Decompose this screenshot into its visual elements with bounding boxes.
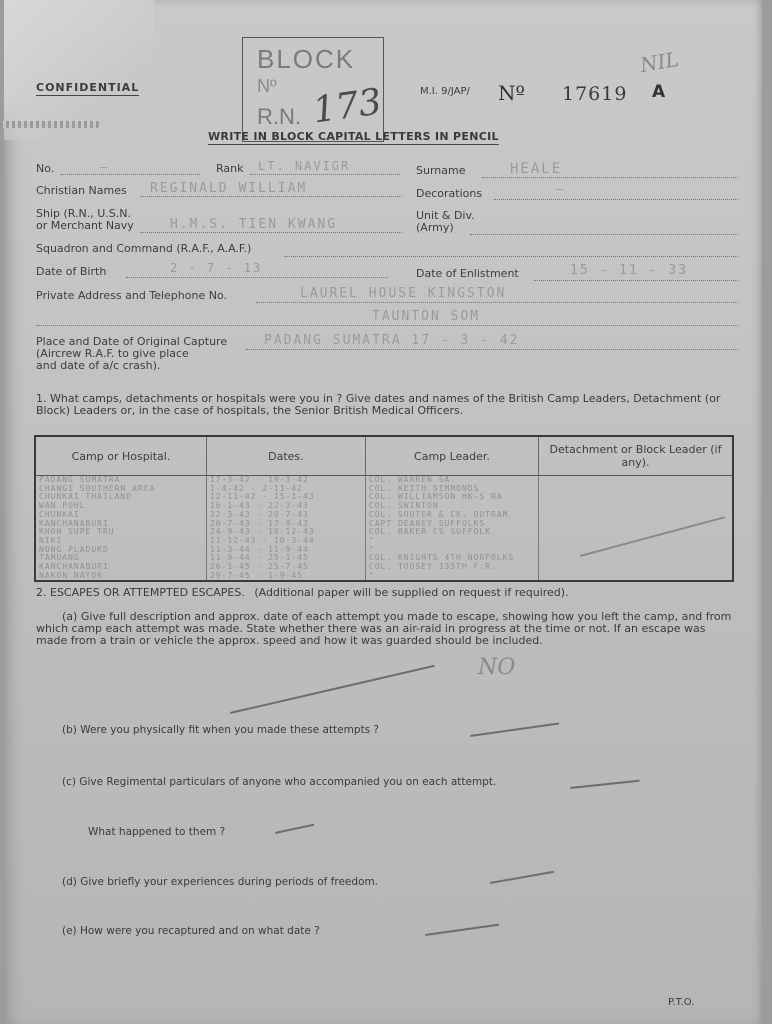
- detachment-cell: [539, 511, 734, 520]
- date-of-birth-field[interactable]: [126, 277, 388, 278]
- question-1-text: 1. What camps, detachments or hospitals …: [36, 393, 736, 417]
- detachment-cell: [539, 485, 734, 494]
- camp-cell: KHON SUPE TRU: [35, 528, 206, 537]
- leader-cell: CAPT DEANEY SUFFOLKS: [365, 520, 538, 529]
- address-line-1: LAUREL HOUSE KINGSTON: [300, 286, 506, 301]
- date-of-enlistment-label: Date of Enlistment: [416, 268, 519, 280]
- tag-string: [0, 121, 100, 128]
- leader-cell: COL. TOOSEY 135TH F.R.: [365, 563, 538, 572]
- question-2d-text: (d) Give briefly your experiences during…: [62, 876, 378, 888]
- rank-label: Rank: [216, 163, 243, 175]
- table-row: KANCHANABURI26-1-45 - 25-7-45COL. TOOSEY…: [35, 563, 733, 572]
- column-header-camp-leader: Camp Leader.: [365, 436, 538, 476]
- question-2-title: 2. ESCAPES OR ATTEMPTED ESCAPES.: [36, 586, 245, 599]
- christian-names-value: REGINALD WILLIAM: [150, 181, 307, 196]
- question-2c-followup: What happened to them ?: [88, 826, 225, 838]
- classification-label: CONFIDENTIAL: [36, 81, 139, 96]
- dates-cell: 24-9-43 - 10-12-43: [206, 528, 365, 537]
- christian-names-field[interactable]: [140, 196, 402, 197]
- no-value: —: [100, 160, 109, 174]
- camp-cell: NAKON NAYOK: [35, 572, 206, 582]
- dates-cell: 11-9-44 - 25-1-45: [206, 554, 365, 563]
- table-row: NAKON NAYOK29-7-45 - 1-9-45": [35, 572, 733, 582]
- question-2a-answer: NO: [478, 655, 515, 680]
- leader-cell: COL. SWINTON: [365, 502, 538, 511]
- date-of-birth-label: Date of Birth: [36, 266, 106, 278]
- capture-value: PADANG SUMATRA 17 - 3 - 42: [264, 333, 520, 348]
- question-2e-text: (e) How were you recaptured and on what …: [62, 925, 320, 937]
- squadron-field[interactable]: [284, 256, 738, 257]
- decorations-field[interactable]: [494, 199, 738, 200]
- pto-label: P.T.O.: [668, 997, 694, 1008]
- camp-cell: CHANGI SOUTHERN AREA: [35, 485, 206, 494]
- table-row: KANCHANABURI20-7-43 - 17-9-43CAPT DEANEY…: [35, 520, 733, 529]
- dates-cell: 12-11-42 - 15-1-43: [206, 493, 365, 502]
- detachment-cell: [539, 546, 734, 555]
- camp-cell: KANCHANABURI: [35, 563, 206, 572]
- rank-value: LT. NAVIGR: [258, 159, 350, 173]
- form-number: 17619: [562, 83, 627, 105]
- address-label: Private Address and Telephone No.: [36, 290, 227, 302]
- column-header-camp: Camp or Hospital.: [35, 436, 206, 476]
- stamp-rn-label: R.N.: [257, 104, 301, 130]
- christian-names-label: Christian Names: [36, 185, 127, 197]
- table-row: NONG PLADUKD11-3-44 - 11-9-44": [35, 546, 733, 555]
- camp-cell: CHUNKAI THAILAND: [35, 493, 206, 502]
- date-of-birth-value: 2 - 7 - 13: [170, 261, 262, 275]
- page-fold: [4, 0, 154, 140]
- unit-label-2: (Army): [416, 222, 454, 234]
- stamp-no-label: Nº: [257, 76, 277, 97]
- rank-field[interactable]: [250, 174, 400, 175]
- dates-cell: 1-4-42 - 2-11-42: [206, 485, 365, 494]
- surname-field[interactable]: [482, 177, 738, 178]
- camps-table: Camp or Hospital. Dates. Camp Leader. De…: [34, 435, 734, 582]
- form-reference: M.I. 9/JAP/: [420, 86, 470, 97]
- capture-field[interactable]: [246, 349, 738, 350]
- dates-cell: 16-1-43 - 22-3-43: [206, 502, 365, 511]
- leader-cell: ": [365, 537, 538, 546]
- surname-label: Surname: [416, 165, 465, 177]
- column-header-detachment-leader: Detachment or Block Leader (if any).: [539, 436, 734, 476]
- ship-field[interactable]: [140, 232, 402, 233]
- leader-cell: ": [365, 572, 538, 582]
- camp-cell: NIKI: [35, 537, 206, 546]
- leader-cell: COL. KEITH SIMMONDS: [365, 485, 538, 494]
- stamp-handwritten-number: 173: [310, 81, 384, 131]
- no-label: No.: [36, 163, 54, 175]
- decorations-value: —: [556, 182, 565, 196]
- table-row: KHON SUPE TRU24-9-43 - 10-12-43COL. BAKE…: [35, 528, 733, 537]
- detachment-cell: [539, 493, 734, 502]
- address-field[interactable]: [256, 302, 738, 303]
- capture-label-3: and date of a/c crash).: [36, 360, 160, 372]
- dates-cell: 22-3-43 - 20-7-43: [206, 511, 365, 520]
- camp-cell: TAMUANG: [35, 554, 206, 563]
- dates-cell: 11-3-44 - 11-9-44: [206, 546, 365, 555]
- camp-cell: NONG PLADUKD: [35, 546, 206, 555]
- address-field-2[interactable]: [36, 325, 738, 326]
- camp-cell: CHUNKAI: [35, 511, 206, 520]
- date-of-enlistment-value: 15 - 11 - 33: [570, 263, 688, 278]
- number-symbol: Nº: [498, 81, 525, 105]
- instruction-heading: WRITE IN BLOCK CAPITAL LETTERS IN PENCIL: [208, 130, 499, 145]
- dates-cell: 11-12-43 - 10-3-44: [206, 537, 365, 546]
- detachment-cell: [539, 554, 734, 563]
- leader-cell: COL. SOUTER & CK. OUTRAM: [365, 511, 538, 520]
- camp-cell: KANCHANABURI: [35, 520, 206, 529]
- leader-cell: COL. WILLIAMSON HK-S RA: [365, 493, 538, 502]
- leader-cell: COL. KNIGHTS 4TH NORFOLKS: [365, 554, 538, 563]
- form-suffix: A: [652, 82, 665, 102]
- detachment-cell: [539, 563, 734, 572]
- detachment-cell: [539, 476, 734, 485]
- dates-cell: 29-7-45 - 1-9-45: [206, 572, 365, 582]
- detachment-cell: [539, 528, 734, 537]
- leader-cell: ": [365, 546, 538, 555]
- camp-cell: PADANG SUMATRA: [35, 476, 206, 485]
- dates-cell: 17-3-42 - 19-3-42: [206, 476, 365, 485]
- question-2b-text: (b) Were you physically fit when you mad…: [62, 724, 379, 736]
- table-row: WAN POHL16-1-43 - 22-3-43COL. SWINTON: [35, 502, 733, 511]
- stamp-title: BLOCK: [257, 44, 355, 75]
- ship-label-2: or Merchant Navy: [36, 220, 134, 232]
- question-2c-text: (c) Give Regimental particulars of anyon…: [62, 776, 496, 788]
- question-2a-text: (a) Give full description and approx. da…: [36, 611, 736, 647]
- table-row: PADANG SUMATRA17-3-42 - 19-3-42COL. WARR…: [35, 476, 733, 485]
- detachment-cell: [539, 502, 734, 511]
- address-line-2: TAUNTON SOM: [372, 309, 480, 324]
- ship-value: H.M.S. TIEN KWANG: [170, 217, 337, 232]
- surname-value: HEALE: [510, 161, 562, 177]
- question-2-note: (Additional paper will be supplied on re…: [254, 586, 568, 599]
- block-stamp: BLOCK Nº R.N. 173: [242, 37, 384, 142]
- leader-cell: COL. BAKER CS SUFFOLK: [365, 528, 538, 537]
- dates-cell: 26-1-45 - 25-7-45: [206, 563, 365, 572]
- table-row: CHANGI SOUTHERN AREA1-4-42 - 2-11-42COL.…: [35, 485, 733, 494]
- column-header-dates: Dates.: [206, 436, 365, 476]
- table-header-row: Camp or Hospital. Dates. Camp Leader. De…: [35, 436, 733, 476]
- question-2-heading: 2. ESCAPES OR ATTEMPTED ESCAPES. (Additi…: [36, 586, 569, 599]
- no-field[interactable]: [60, 174, 200, 175]
- table-row: CHUNKAI22-3-43 - 20-7-43COL. SOUTER & CK…: [35, 511, 733, 520]
- date-of-enlistment-field[interactable]: [534, 280, 738, 281]
- table-row: CHUNKAI THAILAND12-11-42 - 15-1-43COL. W…: [35, 493, 733, 502]
- detachment-cell: [539, 572, 734, 582]
- camp-cell: WAN POHL: [35, 502, 206, 511]
- table-row: TAMUANG11-9-44 - 25-1-45COL. KNIGHTS 4TH…: [35, 554, 733, 563]
- dates-cell: 20-7-43 - 17-9-43: [206, 520, 365, 529]
- leader-cell: COL. WARREN SA.: [365, 476, 538, 485]
- unit-field[interactable]: [470, 234, 738, 235]
- decorations-label: Decorations: [416, 188, 482, 200]
- squadron-label: Squadron and Command (R.A.F., A.A.F.): [36, 243, 251, 255]
